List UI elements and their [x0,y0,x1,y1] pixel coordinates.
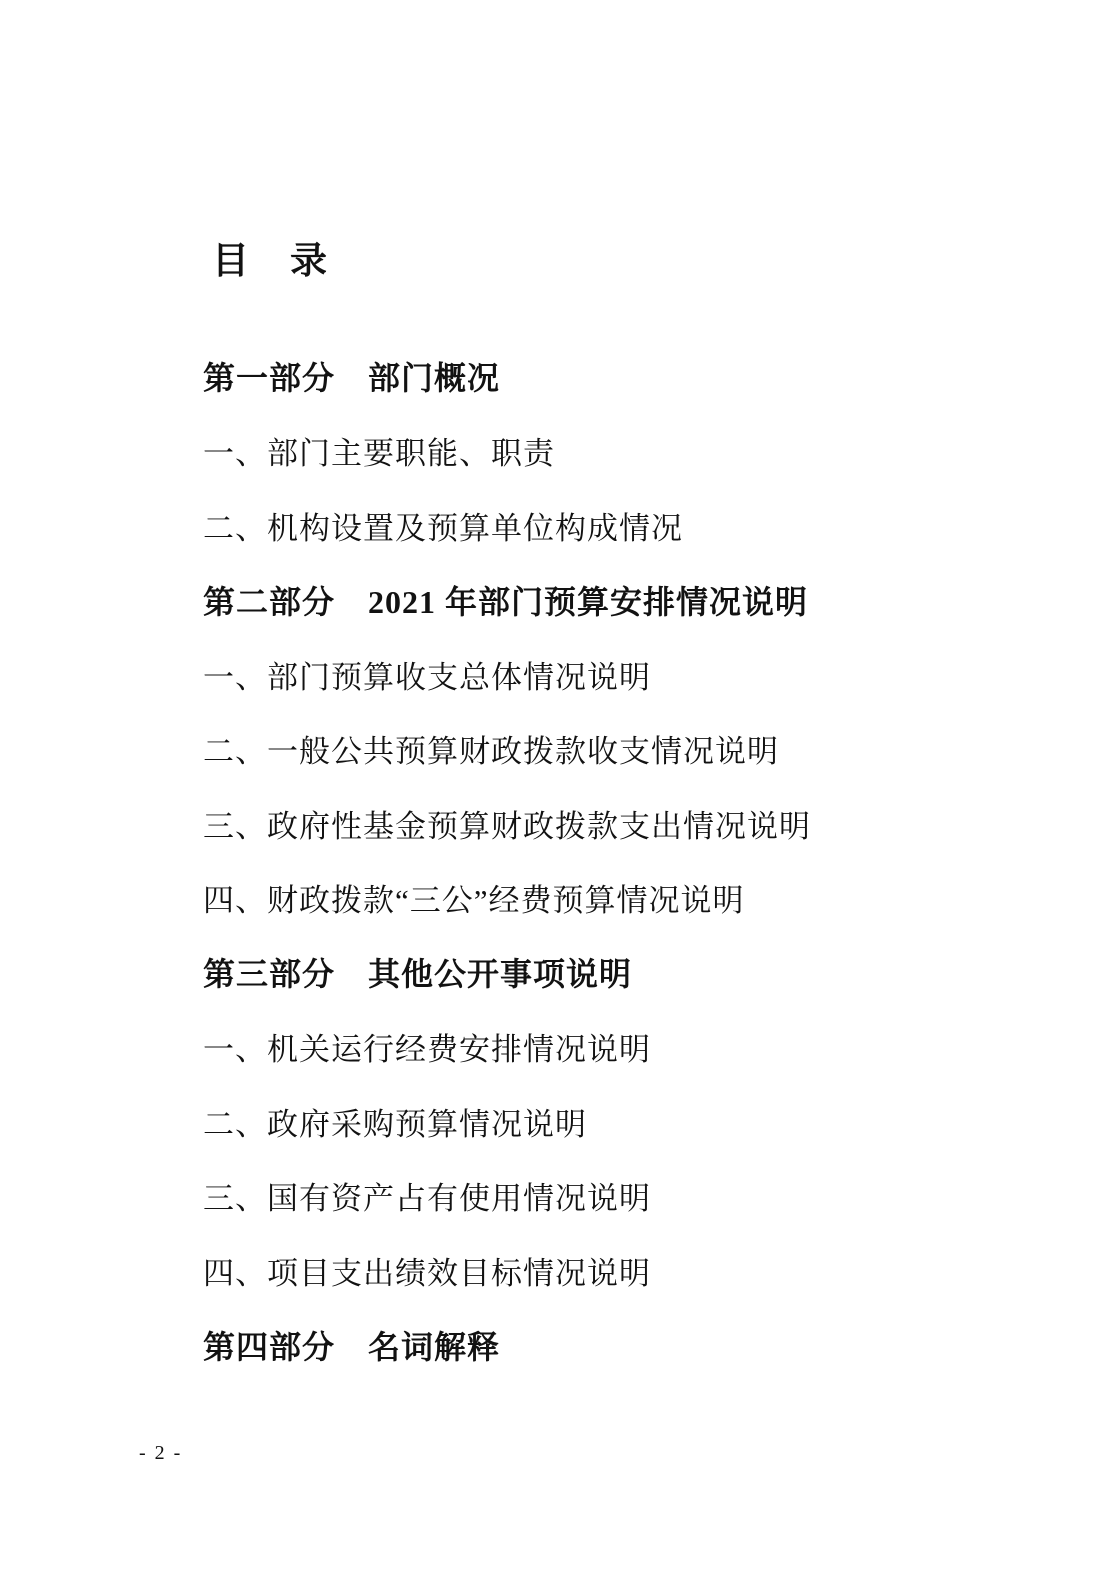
toc-section-heading: 第一部分 部门概况 [203,339,1050,414]
toc-item: 一、部门预算收支总体情况说明 [203,637,1050,712]
page-number: - 2 - [139,1442,182,1465]
toc-section-heading: 第四部分 名词解释 [203,1308,1050,1383]
toc-section-heading: 第二部分 2021 年部门预算安排情况说明 [203,563,1050,638]
toc-list: 第一部分 部门概况一、部门主要职能、职责二、机构设置及预算单位构成情况第二部分 … [203,339,1050,1382]
toc-item: 二、机构设置及预算单位构成情况 [203,488,1050,563]
toc-item: 二、政府采购预算情况说明 [203,1084,1050,1159]
toc-item: 三、政府性基金预算财政拨款支出情况说明 [203,786,1050,861]
toc-item: 三、国有资产占有使用情况说明 [203,1159,1050,1234]
toc-item: 四、财政拨款“三公”经费预算情况说明 [203,861,1050,936]
toc-section-heading: 第三部分 其他公开事项说明 [203,935,1050,1010]
document-page: 目 录 第一部分 部门概况一、部门主要职能、职责二、机构设置及预算单位构成情况第… [0,0,1110,1569]
toc-item: 四、项目支出绩效目标情况说明 [203,1233,1050,1308]
toc-item: 一、机关运行经费安排情况说明 [203,1010,1050,1085]
toc-item: 一、部门主要职能、职责 [203,414,1050,489]
page-title: 目 录 [212,240,329,284]
toc-item: 二、一般公共预算财政拨款收支情况说明 [203,712,1050,787]
